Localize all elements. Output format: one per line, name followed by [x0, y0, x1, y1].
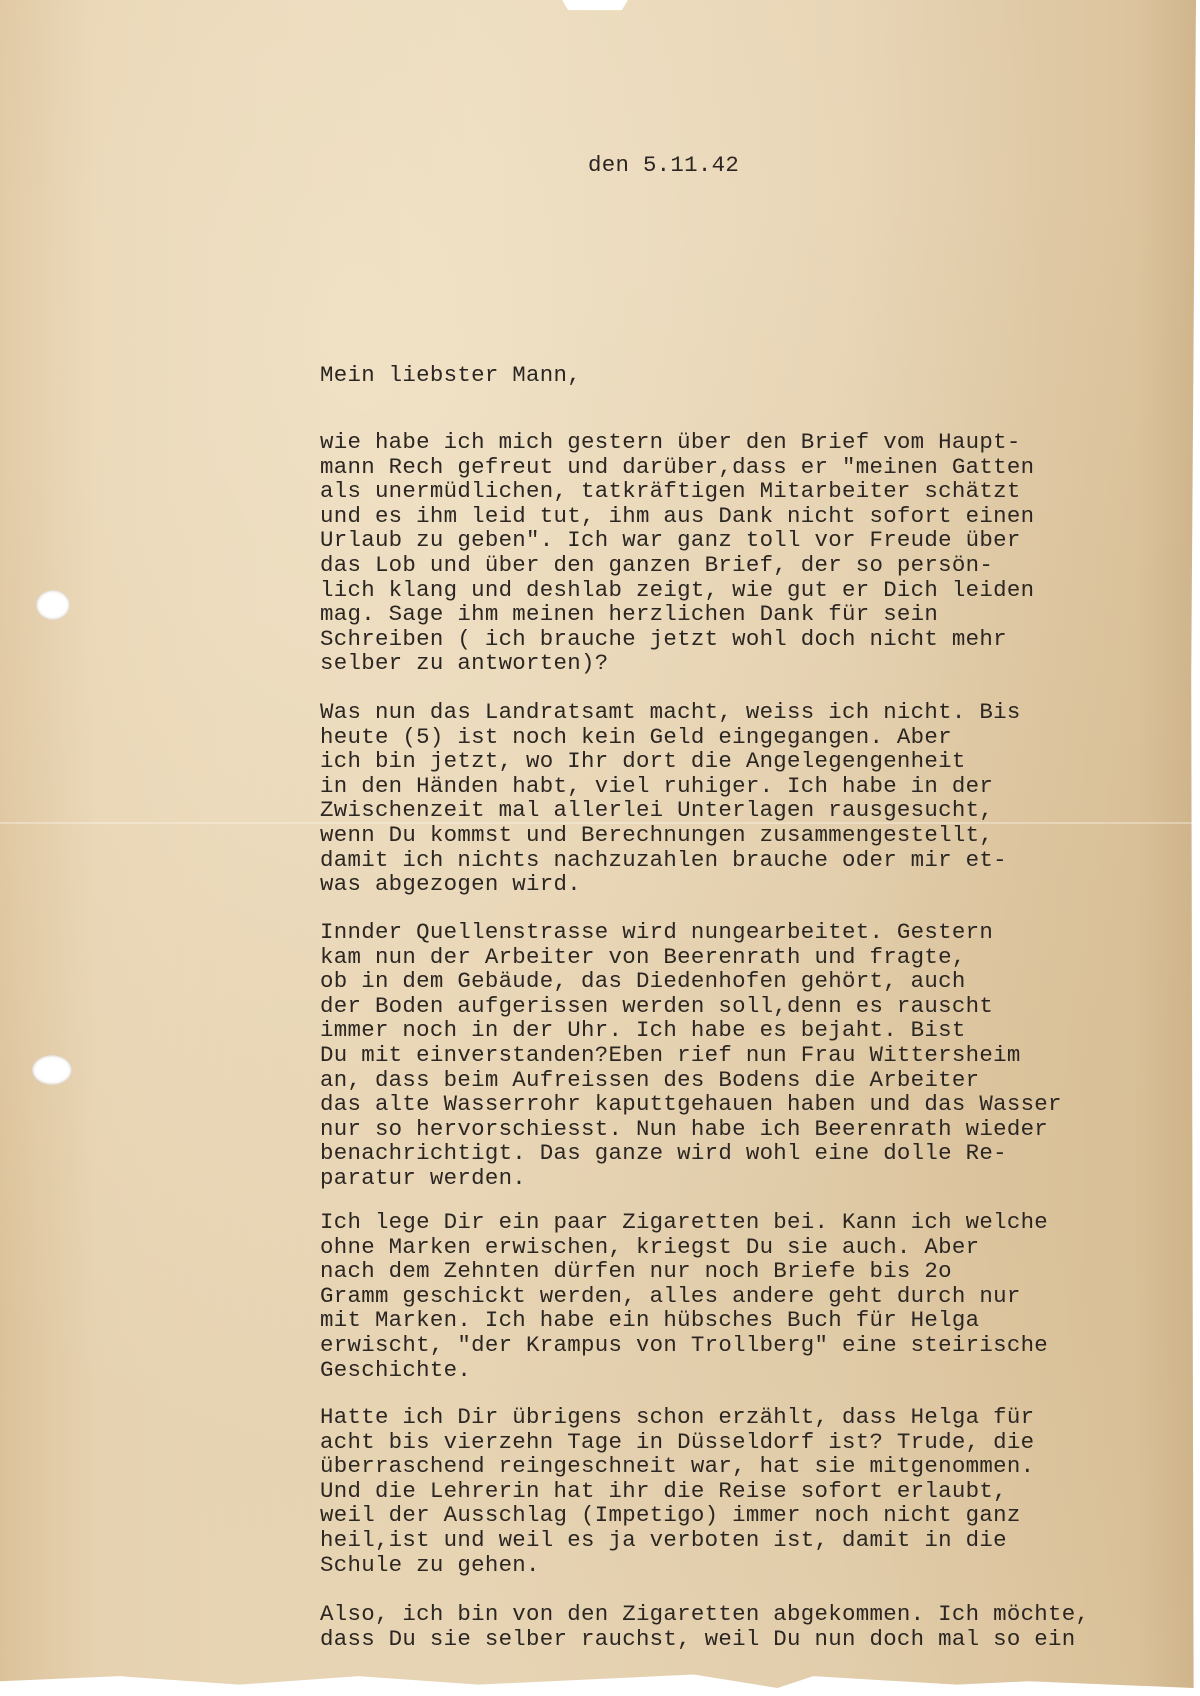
- text-line: heute (5) ist noch kein Geld eingegangen…: [320, 725, 1021, 750]
- text-line: und es ihm leid tut, ihm aus Dank nicht …: [320, 504, 1034, 529]
- text-line: dass Du sie selber rauchst, weil Du nun …: [320, 1627, 1089, 1652]
- text-line: damit ich nichts nachzuzahlen brauche od…: [320, 848, 1021, 873]
- text-line: kam nun der Arbeiter von Beerenrath und …: [320, 945, 1062, 970]
- text-line: wenn Du kommst und Berechnungen zusammen…: [320, 823, 1021, 848]
- text-line: Schule zu gehen.: [320, 1553, 1034, 1578]
- text-line: lich klang und deshlab zeigt, wie gut er…: [320, 578, 1034, 603]
- text-line: Schreiben ( ich brauche jetzt wohl doch …: [320, 627, 1034, 652]
- letter-date: den 5.11.42: [588, 152, 739, 178]
- letter-body: den 5.11.42 Mein liebster Mann, wie habe…: [0, 0, 1200, 1696]
- text-line: selber zu antworten)?: [320, 651, 1034, 676]
- paragraph-6: Also, ich bin von den Zigaretten abgekom…: [320, 1602, 1089, 1651]
- text-line: was abgezogen wird.: [320, 872, 1021, 897]
- text-line: mag. Sage ihm meinen herzlichen Dank für…: [320, 602, 1034, 627]
- text-line: erwischt, "der Krampus von Trollberg" ei…: [320, 1333, 1048, 1358]
- text-line: Innder Quellenstrasse wird nungearbeitet…: [320, 920, 1062, 945]
- text-line: nach dem Zehnten dürfen nur noch Briefe …: [320, 1259, 1048, 1284]
- text-line: das alte Wasserrohr kaputtgehauen haben …: [320, 1092, 1062, 1117]
- text-line: in den Händen habt, viel ruhiger. Ich ha…: [320, 774, 1021, 799]
- text-line: Also, ich bin von den Zigaretten abgekom…: [320, 1602, 1089, 1627]
- paragraph-4: Ich lege Dir ein paar Zigaretten bei. Ka…: [320, 1210, 1048, 1382]
- text-line: das Lob und über den ganzen Brief, der s…: [320, 553, 1034, 578]
- text-line: der Boden aufgerissen werden soll,denn e…: [320, 994, 1062, 1019]
- paragraph-5: Hatte ich Dir übrigens schon erzählt, da…: [320, 1405, 1034, 1577]
- text-line: ob in dem Gebäude, das Diedenhofen gehör…: [320, 969, 1062, 994]
- text-line: heil,ist und weil es ja verboten ist, da…: [320, 1528, 1034, 1553]
- text-line: als unermüdlichen, tatkräftigen Mitarbei…: [320, 479, 1034, 504]
- text-line: Und die Lehrerin hat ihr die Reise sofor…: [320, 1479, 1034, 1504]
- text-line: mit Marken. Ich habe ein hübsches Buch f…: [320, 1308, 1048, 1333]
- text-line: immer noch in der Uhr. Ich habe es bejah…: [320, 1018, 1062, 1043]
- text-line: weil der Ausschlag (Impetigo) immer noch…: [320, 1503, 1034, 1528]
- text-line: Du mit einverstanden?Eben rief nun Frau …: [320, 1043, 1062, 1068]
- text-line: benachrichtigt. Das ganze wird wohl eine…: [320, 1141, 1062, 1166]
- text-line: Gramm geschickt werden, alles andere geh…: [320, 1284, 1048, 1309]
- text-line: Urlaub zu geben". Ich war ganz toll vor …: [320, 528, 1034, 553]
- text-line: Geschichte.: [320, 1358, 1048, 1383]
- text-line: an, dass beim Aufreissen des Bodens die …: [320, 1068, 1062, 1093]
- text-line: mann Rech gefreut und darüber,dass er "m…: [320, 455, 1034, 480]
- text-line: überraschend reingeschneit war, hat sie …: [320, 1454, 1034, 1479]
- text-line: ohne Marken erwischen, kriegst Du sie au…: [320, 1235, 1048, 1260]
- paragraph-1: wie habe ich mich gestern über den Brief…: [320, 430, 1034, 676]
- text-line: Ich lege Dir ein paar Zigaretten bei. Ka…: [320, 1210, 1048, 1235]
- text-line: Was nun das Landratsamt macht, weiss ich…: [320, 700, 1021, 725]
- text-line: Zwischenzeit mal allerlei Unterlagen rau…: [320, 798, 1021, 823]
- text-line: ich bin jetzt, wo Ihr dort die Angelegen…: [320, 749, 1021, 774]
- paragraph-2: Was nun das Landratsamt macht, weiss ich…: [320, 700, 1021, 897]
- text-line: nur so hervorschiesst. Nun habe ich Beer…: [320, 1117, 1062, 1142]
- text-line: Hatte ich Dir übrigens schon erzählt, da…: [320, 1405, 1034, 1430]
- text-line: wie habe ich mich gestern über den Brief…: [320, 430, 1034, 455]
- paragraph-3: Innder Quellenstrasse wird nungearbeitet…: [320, 920, 1062, 1191]
- text-line: acht bis vierzehn Tage in Düsseldorf ist…: [320, 1430, 1034, 1455]
- text-line: paratur werden.: [320, 1166, 1062, 1191]
- letter-salutation: Mein liebster Mann,: [320, 362, 581, 388]
